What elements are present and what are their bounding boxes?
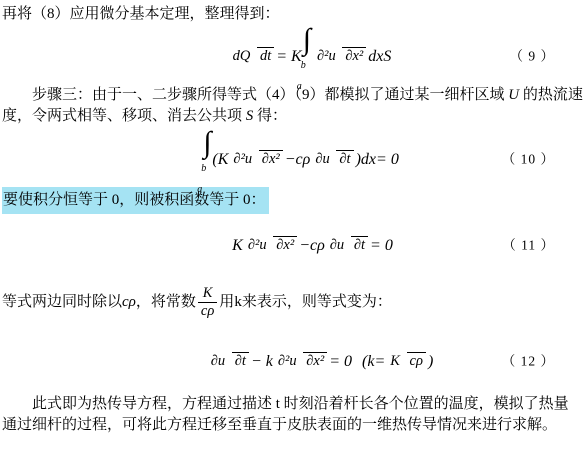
fraction-du-dt: ∂u ∂t: [312, 151, 353, 168]
paragraph-intro: 再将（8）应用微分基本定理，整理得到：: [2, 4, 583, 25]
fraction-d2u-dx2: ∂²u ∂x²: [245, 237, 297, 254]
fraction-d2u-dx2: ∂²u ∂x²: [314, 48, 366, 65]
open-paren-K: (K: [212, 149, 228, 170]
minus-k: − k: [251, 351, 273, 372]
fraction-dQ-dt: dQ dt: [230, 48, 275, 65]
equation-10: ∫ b a (K ∂²u ∂x² −cρ ∂u ∂t )dx = 0: [202, 128, 399, 190]
equation-12-row: ∂u ∂t − k ∂²u ∂x² = 0 (k= K cρ ) （ 12 ）: [2, 334, 583, 388]
fraction-d2u-dx2: ∂²u ∂x²: [230, 151, 282, 168]
equals-zero: = 0: [370, 235, 393, 256]
variable-k: k: [234, 292, 242, 313]
variable-c-rho: cρ: [122, 292, 136, 313]
equation-11: K ∂²u ∂x² −cρ ∂u ∂t = 0: [232, 235, 393, 256]
paragraph-divide: 等式两边同时除以 cρ，将常数 K cρ 用 k 来表示，则等式变为：: [2, 280, 583, 324]
document-page: 再将（8）应用微分基本定理，整理得到： dQ dt = K ∫ b a ∂²u …: [0, 0, 585, 436]
minus-c-rho: −cρ: [285, 149, 311, 170]
integral-sign: ∫ b a: [303, 25, 311, 87]
minus-c-rho: −cρ: [299, 235, 325, 256]
coefficient-K: K: [232, 235, 243, 256]
equation-9: dQ dt = K ∫ b a ∂²u ∂x² dxS: [228, 25, 392, 87]
equation-10-row: ∫ b a (K ∂²u ∂x² −cρ ∂u ∂t )dx = 0 （ 10 …: [2, 133, 583, 185]
paragraph-highlighted: 要使积分恒等于 0，则被积函数等于 0：: [2, 187, 583, 214]
integral-upper-limit: b: [301, 55, 311, 76]
close-paren-dx: )dx: [356, 149, 376, 170]
equals-zero: = 0: [329, 351, 352, 372]
equals-K: = K: [276, 46, 301, 67]
fraction-du-dt: ∂u ∂t: [327, 237, 368, 254]
equals-zero: = 0: [376, 149, 399, 170]
equation-number-11: （ 11 ）: [502, 235, 555, 256]
integral-lower-limit: a: [297, 76, 311, 97]
equation-number-10: （ 10 ）: [502, 149, 555, 170]
fraction-d2u-dx2: ∂²u ∂x²: [275, 353, 327, 370]
equation-9-row: dQ dt = K ∫ b a ∂²u ∂x² dxS （ 9 ）: [2, 31, 583, 81]
differential-term: dxS: [368, 46, 391, 67]
integral-upper-limit: b: [201, 158, 211, 179]
equation-12: ∂u ∂t − k ∂²u ∂x² = 0 (k= K cρ ): [206, 351, 434, 372]
integral-lower-limit: a: [197, 179, 211, 200]
equation-number-12: （ 12 ）: [502, 351, 555, 372]
fraction-K-crho: K cρ: [387, 353, 426, 370]
fraction-K-crho: K cρ: [198, 285, 217, 319]
fraction-du-dt: ∂u ∂t: [208, 353, 249, 370]
k-definition-close: ): [428, 351, 433, 372]
k-definition-open: (k=: [362, 351, 385, 372]
variable-U: U: [508, 87, 519, 103]
equation-11-row: K ∂²u ∂x² −cρ ∂u ∂t = 0 （ 11 ）: [2, 220, 583, 270]
integral-sign: ∫ b a: [203, 128, 211, 190]
paragraph-step3: 步骤三：由于一、二步骤所得等式（4）（9）都模拟了通过某一细杆区域 U 的热流速…: [2, 85, 583, 127]
paragraph-conclusion: 此式即为热传导方程，方程通过描述 t 时刻沿着杆长各个位置的温度，模拟了热量通过…: [2, 394, 583, 436]
highlighted-text: 要使积分恒等于 0，则被积函数等于 0：: [2, 187, 269, 214]
equation-number-9: （ 9 ）: [510, 46, 556, 67]
